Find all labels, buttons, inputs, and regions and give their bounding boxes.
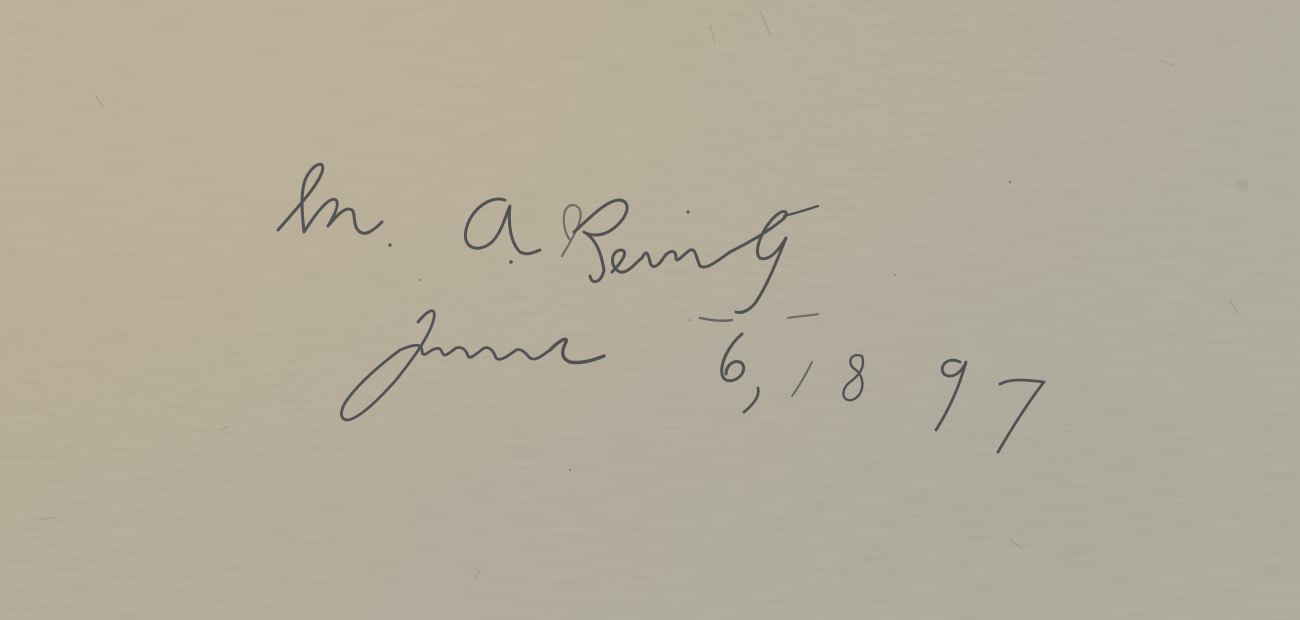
date-line bbox=[341, 311, 1044, 452]
paper-background: M. A. Reing June 6, 1897 bbox=[0, 0, 1300, 620]
handwriting-inscription bbox=[0, 0, 1300, 620]
signature-line bbox=[278, 164, 818, 321]
